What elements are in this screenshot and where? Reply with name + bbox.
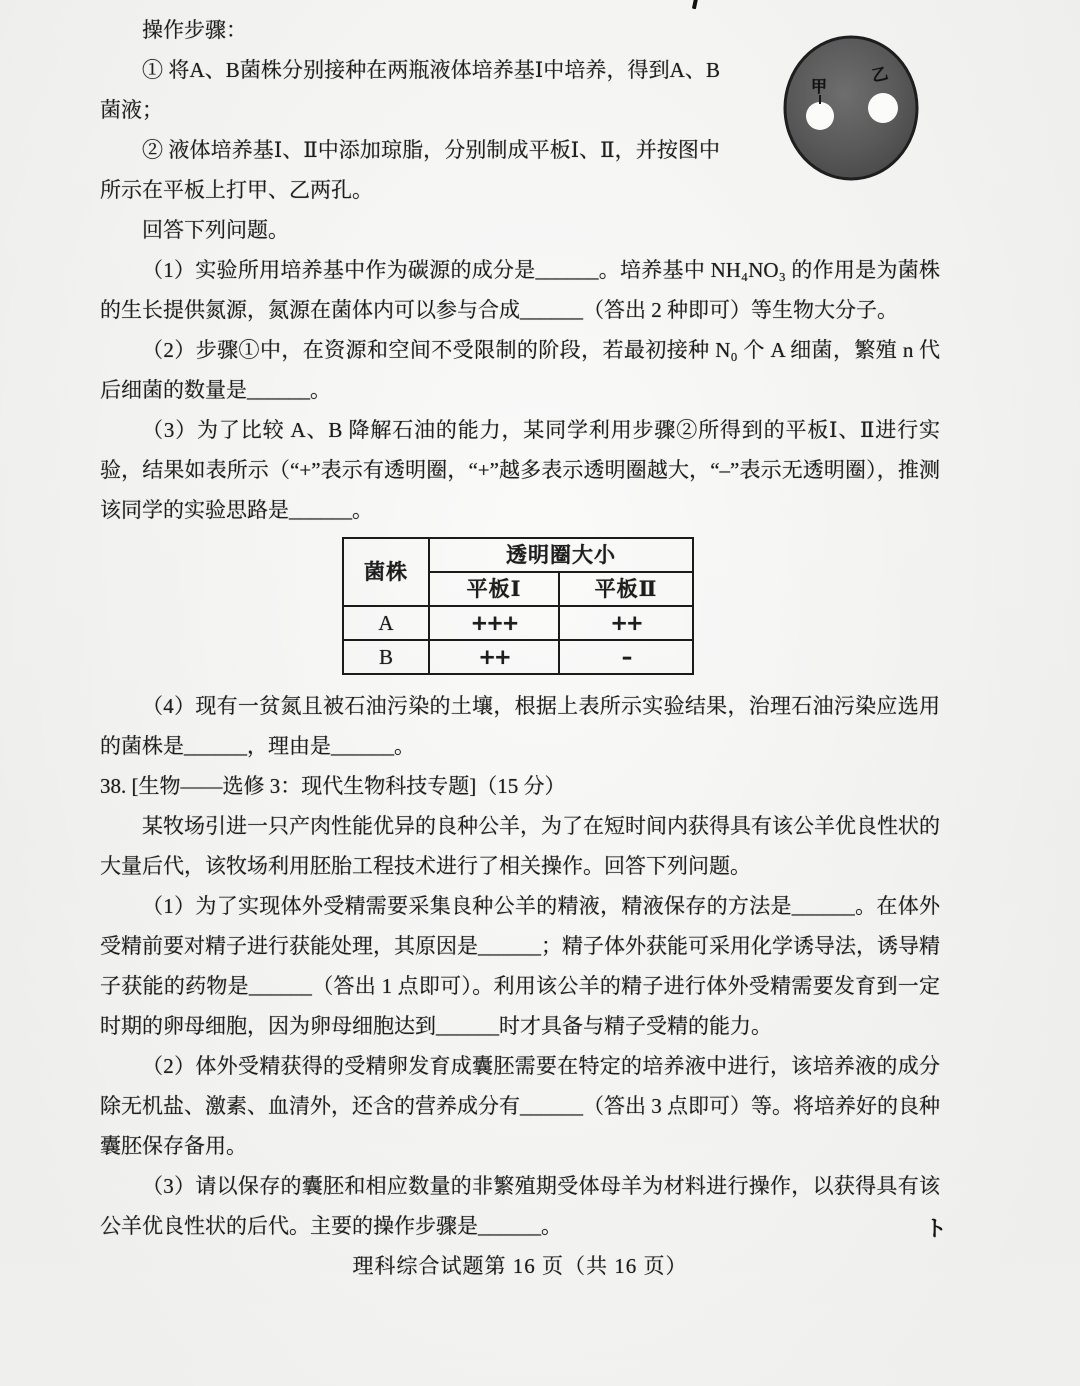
well-yi xyxy=(868,93,898,123)
q38-heading: 38. [生物——选修 3：现代生物科技专题]（15 分） xyxy=(100,766,940,806)
q37-part-4: （4）现有一贫氮且被石油污染的土壤，根据上表所示实验结果，治理石油污染应选用的菌… xyxy=(100,686,940,766)
page-footer: 理科综合试题第 16 页（共 16 页） xyxy=(100,1246,940,1286)
header-plate-1: 平板Ⅰ xyxy=(429,572,559,606)
q37-part-3: （3）为了比较 A、B 降解石油的能力，某同学利用步骤②所得到的平板Ⅰ、Ⅱ进行实… xyxy=(100,410,940,530)
q37-part-2: （2）步骤①中，在资源和空间不受限制的阶段，若最初接种 N₀ 个 A 细菌，繁殖… xyxy=(100,330,940,410)
q38-part-2: （2）体外受精获得的受精卵发育成囊胚需要在特定的培养液中进行，该培养液的成分除无… xyxy=(100,1046,940,1166)
well-label-jia: 甲 xyxy=(811,78,827,96)
well-jia xyxy=(806,102,834,130)
cell-b-plate1: ++ xyxy=(429,640,559,674)
cell-strain-a: A xyxy=(343,606,429,640)
q37-answer-prompt: 回答下列问题。 xyxy=(100,210,940,250)
header-plate-2: 平板Ⅱ xyxy=(559,572,693,606)
clear-zone-results-table: 菌株 透明圈大小 平板Ⅰ 平板Ⅱ A +++ ++ B ++ – xyxy=(342,537,694,675)
header-clear-zone-size: 透明圈大小 xyxy=(429,538,693,572)
cell-strain-b: B xyxy=(343,640,429,674)
q38-part-3: （3）请以保存的囊胚和相应数量的非繁殖期受体母羊为材料进行操作，以获得具有该公羊… xyxy=(100,1166,940,1246)
stray-ink-mark-top xyxy=(692,0,698,9)
q38-part-1: （1）为了实现体外受精需要采集良种公羊的精液，精液保存的方法是______。在体… xyxy=(100,886,940,1046)
cell-a-plate2: ++ xyxy=(559,606,693,640)
table-row-strain-b: B ++ – xyxy=(343,640,693,674)
cell-b-plate2: – xyxy=(559,640,693,674)
q38-intro: 某牧场引进一只产肉性能优异的良种公羊，为了在短时间内获得具有该公羊优良性状的大量… xyxy=(100,806,940,886)
exam-page: 甲 乙 操作步骤： ① 将A、B菌株分别接种在两瓶液体培养基Ⅰ中培养，得到A、B… xyxy=(100,10,940,1286)
cell-a-plate1: +++ xyxy=(429,606,559,640)
table-header-row-1: 菌株 透明圈大小 xyxy=(343,538,693,572)
petri-dish-diagram: 甲 乙 xyxy=(720,10,942,202)
q37-part-1: （1）实验所用培养基中作为碳源的成分是______。培养基中 NH₄NO₃ 的作… xyxy=(100,250,940,330)
petri-dish-figure: 甲 乙 xyxy=(720,10,942,202)
table-row-strain-a: A +++ ++ xyxy=(343,606,693,640)
header-strain: 菌株 xyxy=(343,538,429,606)
